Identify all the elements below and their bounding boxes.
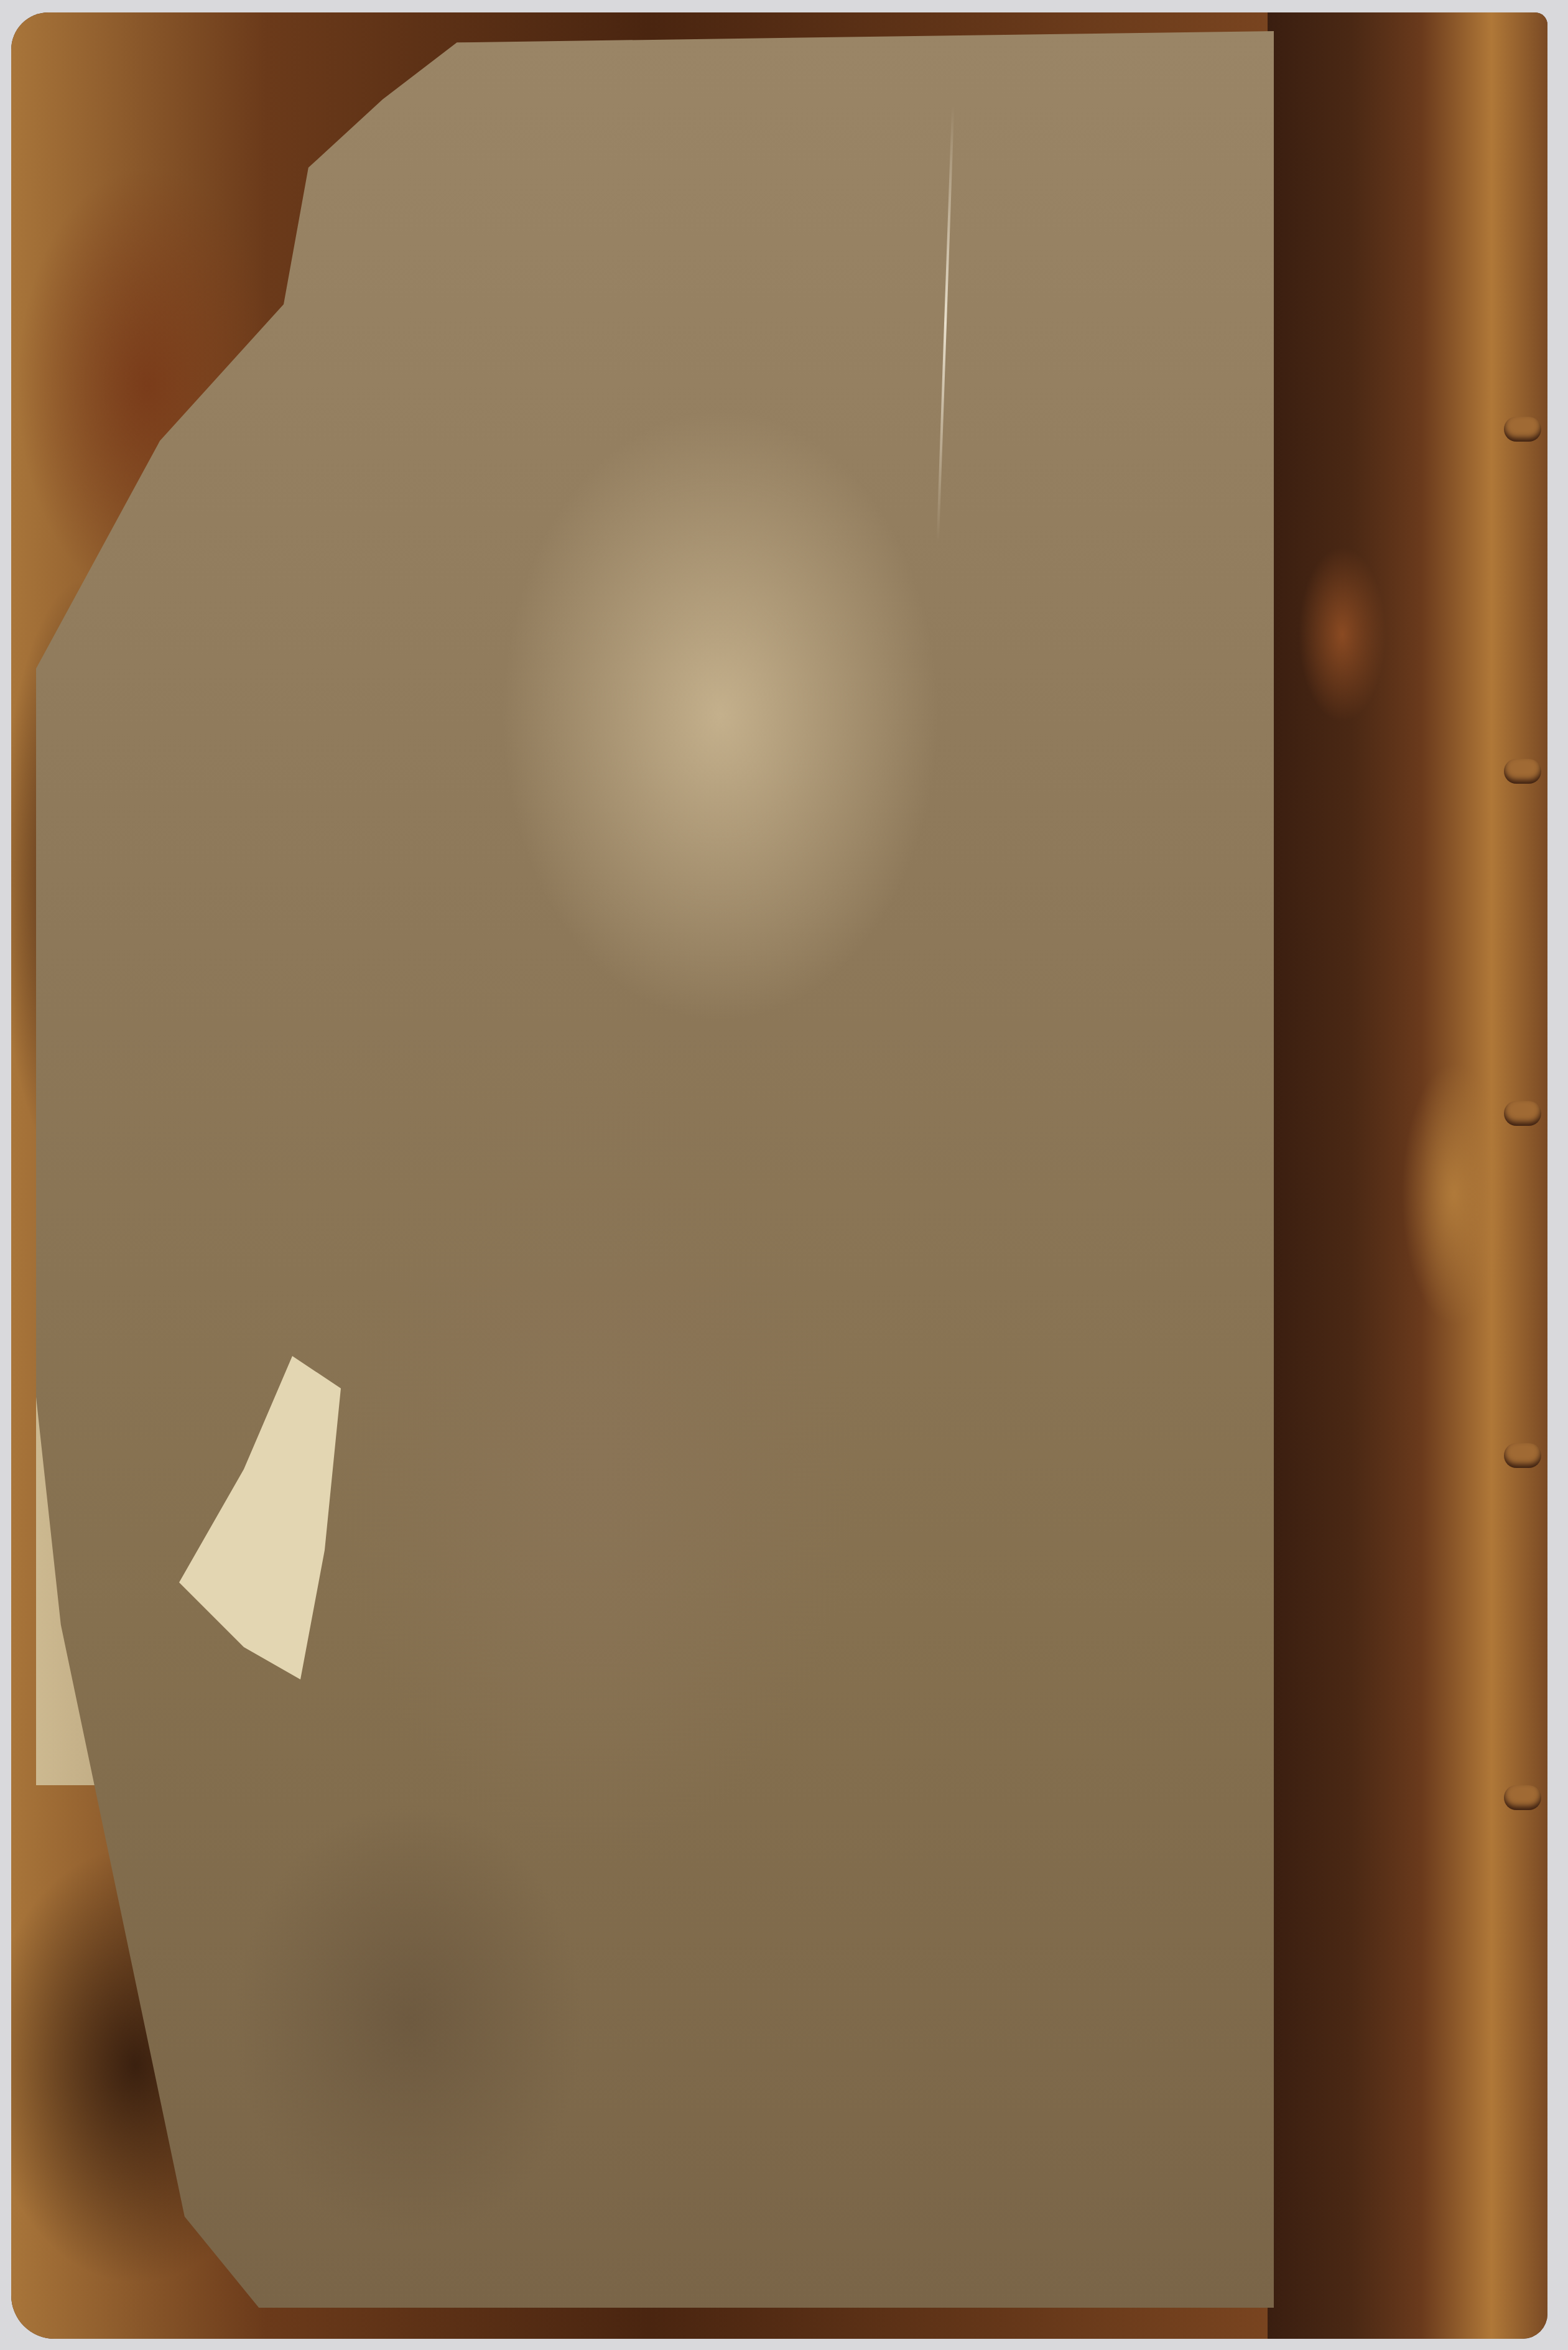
spine-ridge [1504,1785,1541,1810]
spine-ridge [1504,1101,1541,1126]
spine-ridge [1504,759,1541,784]
spine-ridge [1504,1443,1541,1468]
spine-ridge [1504,417,1541,442]
leather-spine [1268,12,1547,2339]
book-cover [11,12,1547,2339]
marbled-paper-cover [36,31,1274,2308]
